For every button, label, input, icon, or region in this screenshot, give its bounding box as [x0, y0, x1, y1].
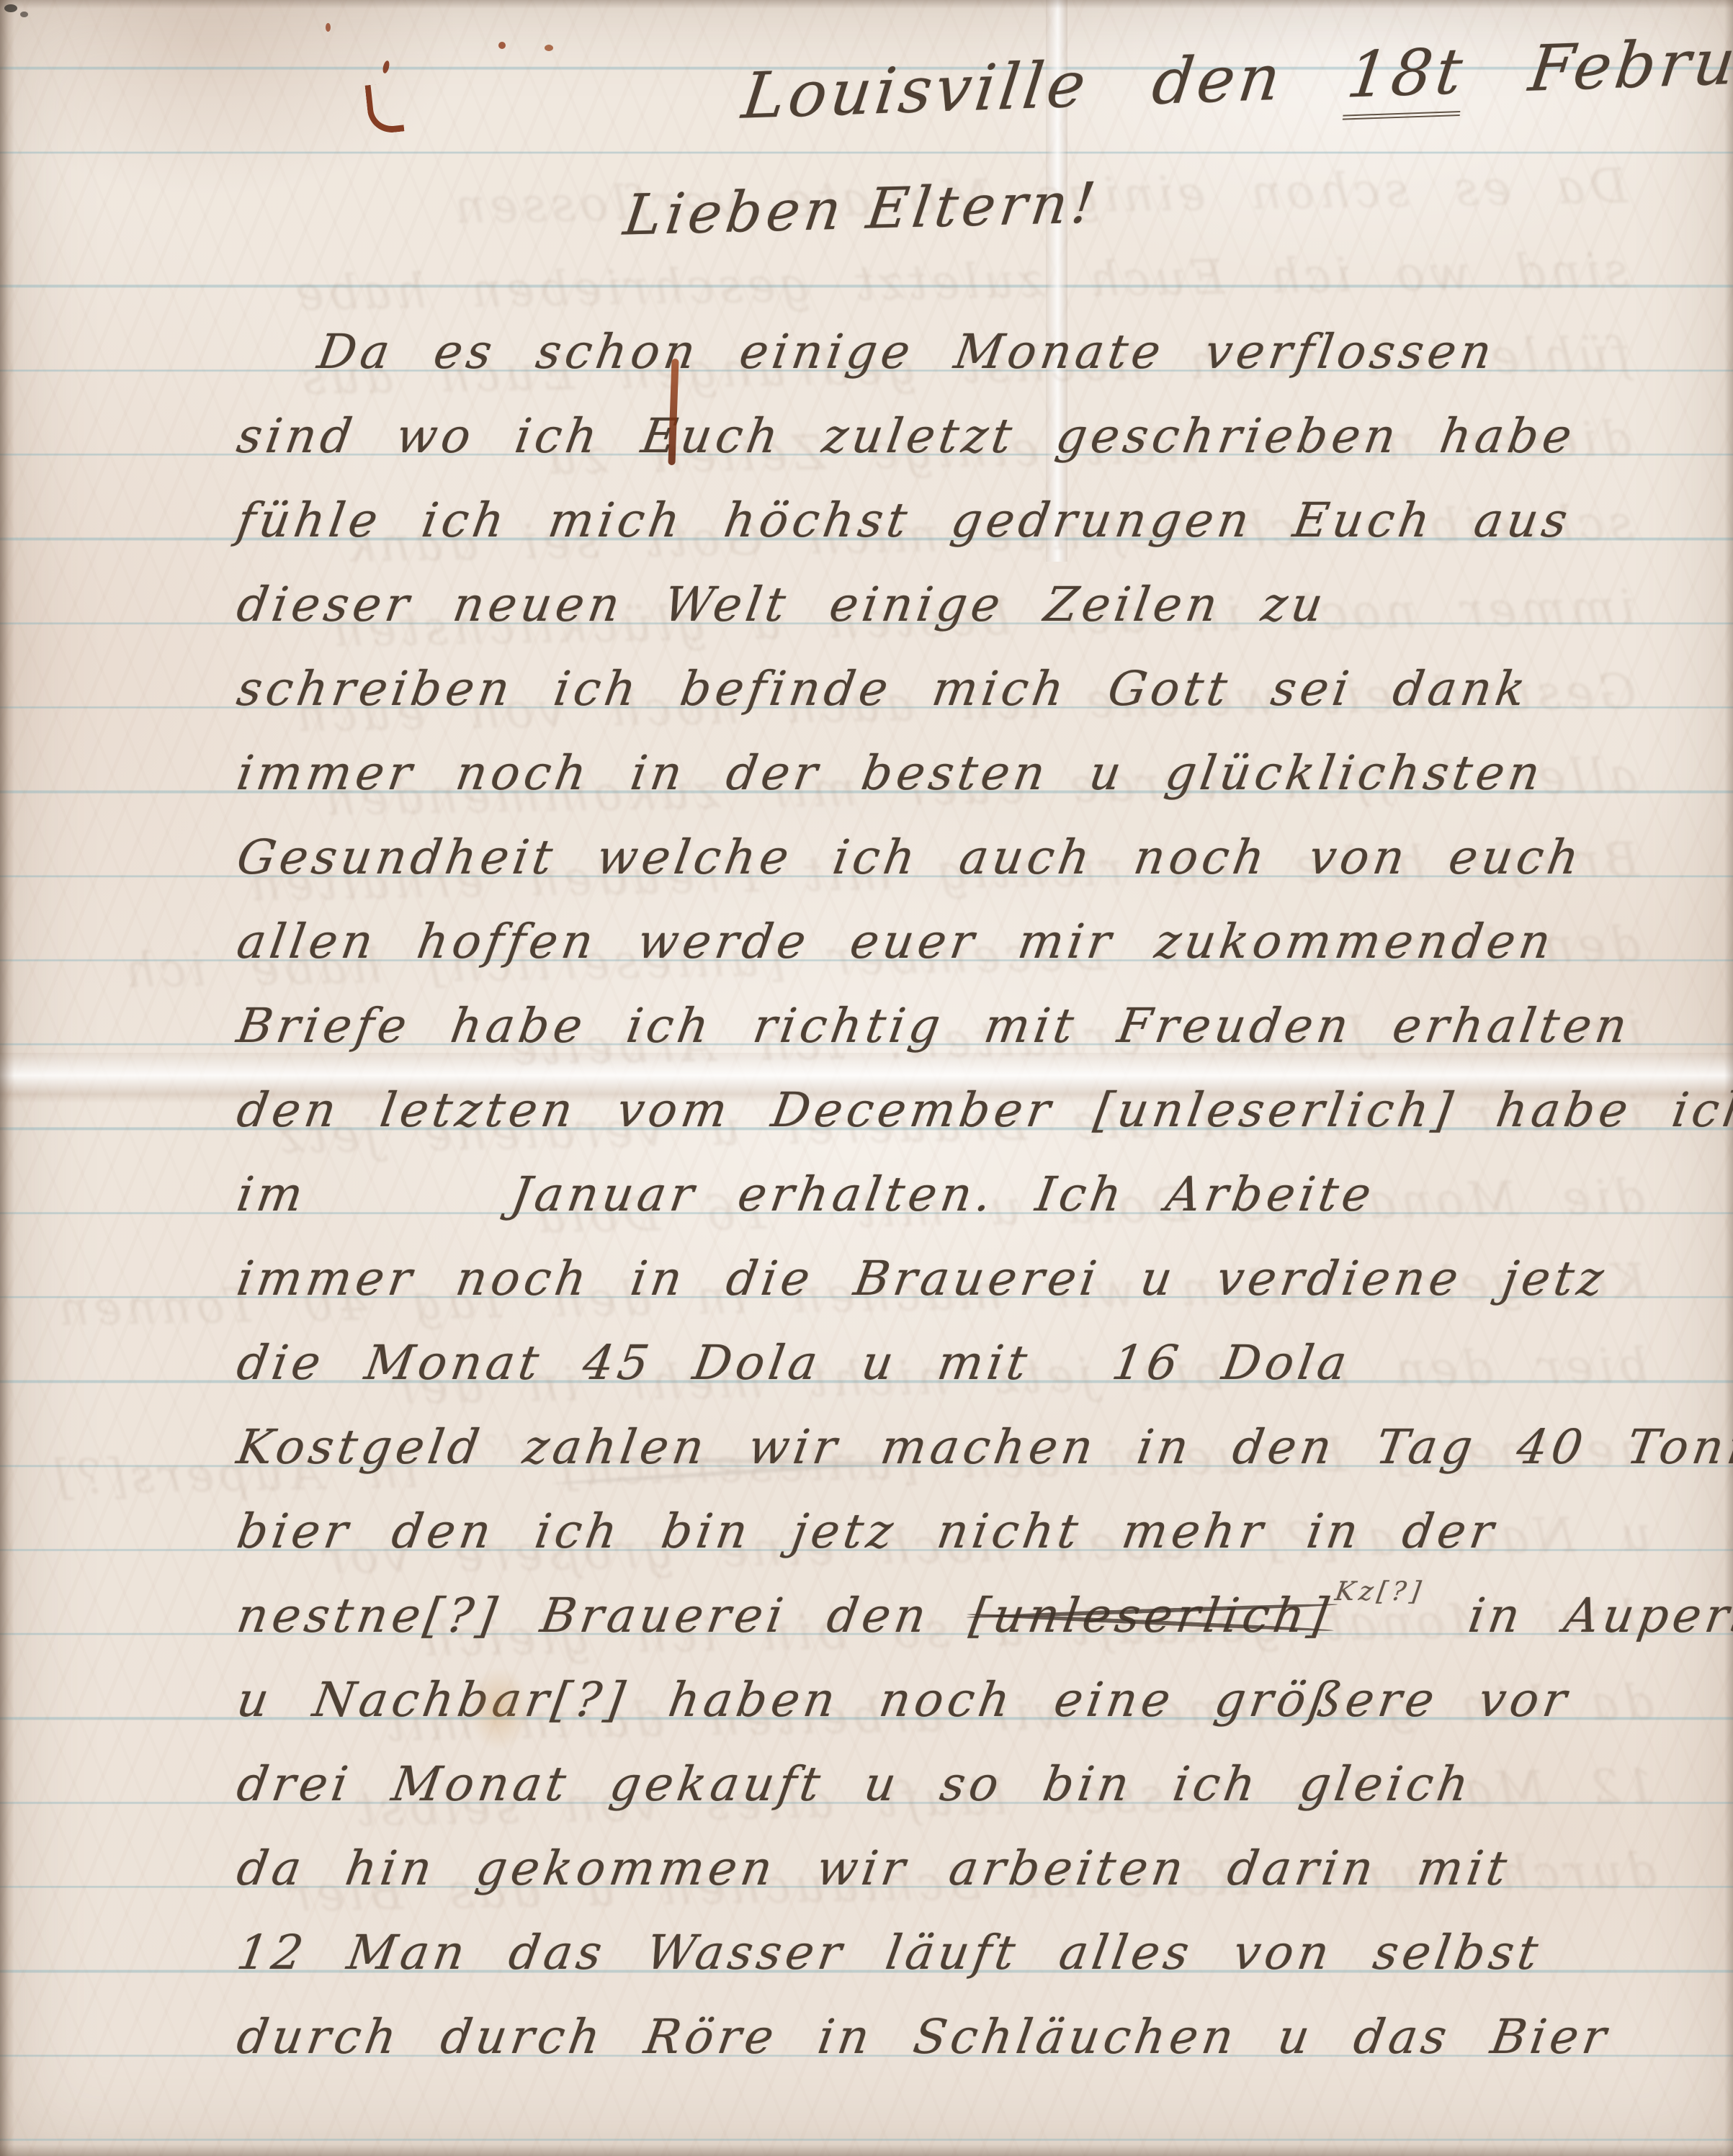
handwritten-line: immer noch in der besten u glücklichsten [231, 731, 1729, 815]
rust-speck [326, 23, 331, 32]
paper-edge-bottom [0, 2144, 1733, 2156]
scanned-letter-page: Da es schon einige Monate verflossensind… [0, 0, 1733, 2156]
letter-dateline: Louisville den 18t Februar [738, 22, 1733, 133]
dateline-word: den [1148, 40, 1288, 119]
handwritten-line: 12 Man das Wasser läuft alles von selbst [231, 1910, 1729, 1995]
handwritten-line: schreiben ich befinde mich Gott sei dank [231, 647, 1729, 731]
rust-ink-dot [382, 60, 390, 73]
handwritten-line: sind wo ich Euch zuletzt geschrieben hab… [231, 394, 1729, 478]
handwritten-line: Kostgeld zahlen wir machen in den Tag 40… [231, 1405, 1729, 1489]
handwritten-line: nestne[?] Brauerei den [unleserlich]Kz[?… [231, 1573, 1729, 1658]
handwritten-line: den letzten vom December [unleserlich] h… [231, 1068, 1729, 1152]
salutation: Lieben Eltern! [620, 171, 1103, 248]
dateline-place: Louisville [738, 47, 1093, 133]
handwritten-line: drei Monat gekauft u so bin ich gleich [231, 1742, 1729, 1826]
handwritten-line: dieser neuen Welt einige Zeilen zu [231, 562, 1729, 647]
handwritten-line: fühle ich mich höchst gedrungen Euch aus [231, 478, 1729, 562]
letter-body: Da es schon einige Monate verflossensind… [238, 310, 1721, 2079]
rust-ink-hook-mark [365, 82, 405, 135]
line-text: nestne[?] Brauerei den [233, 1588, 975, 1643]
inserted-correction: Kz[?] [1333, 1576, 1428, 1607]
paper-edge-top [0, 0, 1733, 9]
paper-edge-left [0, 0, 14, 2156]
handwritten-line: Da es schon einige Monate verflossen [231, 310, 1729, 394]
handwritten-line: durch durch Röre in Schläuchen u das Bie… [231, 1995, 1729, 2079]
handwritten-line: u Nachbar[?] haben noch eine größere vor [231, 1658, 1729, 1742]
dateline-day: 18t [1342, 34, 1469, 120]
handwritten-line: Briefe habe ich richtig mit Freuden erha… [231, 984, 1729, 1068]
handwritten-line: im Januar erhalten. Ich Arbeite [231, 1152, 1729, 1236]
rust-speck [545, 45, 553, 51]
handwritten-line: die Monat 45 Dola u mit 16 Dola [231, 1321, 1729, 1405]
dateline-month: Februar [1525, 22, 1733, 106]
rust-speck [498, 42, 506, 49]
handwritten-line: Gesundheit welche ich auch noch von euch [231, 815, 1729, 899]
struck-through-text: [unleserlich] [967, 1588, 1336, 1643]
handwritten-line: immer noch in die Brauerei u verdiene je… [231, 1236, 1729, 1321]
line-text: in Aupers[?] [1424, 1588, 1733, 1643]
handwritten-line: allen hoffen werde euer mir zukommenden [231, 899, 1729, 984]
handwritten-line: da hin gekommen wir arbeiten darin mit [231, 1826, 1729, 1910]
handwritten-line: bier den ich bin jetz nicht mehr in der [231, 1489, 1729, 1573]
dark-corner-fleck [20, 12, 28, 17]
